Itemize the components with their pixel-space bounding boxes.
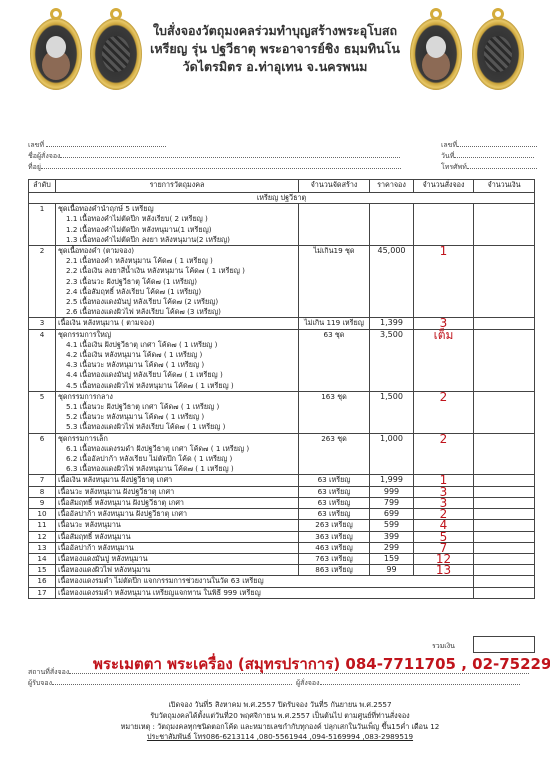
table-row: 4ชุดกรรมการใหญ่4.1 เนื้อเงิน ฝังปฐวีธาตุ… (29, 329, 535, 391)
row-amount[interactable] (474, 576, 535, 587)
row-price: 1,999 (370, 475, 414, 486)
total-label: รวมเงิน (432, 641, 455, 652)
document-title: ใบสั่งจองวัตถุมงคลร่วมทำบุญสร้างพระอุโบส… (140, 22, 410, 76)
phone-field[interactable] (467, 162, 537, 169)
tax-id-label: เลขที่ (441, 141, 457, 149)
sub-item: 2.2 เนื้อเงิน ลงยาสีน้ำเงิน หลังหนุมาน โ… (58, 266, 296, 276)
receiver-label: ผู้รับจอง (28, 679, 52, 687)
row-price: 45,000 (370, 246, 414, 318)
title-line-2: เหรียญ รุ่น ปฐวีธาตุ พระอาจารย์ชิง ธมฺมท… (140, 40, 410, 58)
sub-item: 2.4 เนื้อสัมฤทธิ์ หลังเรียบ โค้ด๗ (1 เหร… (58, 287, 296, 297)
row-item: เนื้อนวะ หลังหนุมาน ฝังปฐวีธาตุ เกศา (56, 486, 299, 497)
date-label: วันที่ (441, 152, 454, 160)
field-row-name: ชื่อผู้สั่งจอง วันที่ (28, 151, 533, 162)
sub-item: 4.5 เนื้อทองแดงผิวไฟ หลังหนุมาน โค้ด๗ ( … (58, 381, 296, 391)
footer-open-dates: เปิดจอง วันที่5 สิงหาคม พ.ศ.2557 ปิดรับจ… (60, 700, 500, 711)
table-row: 13เนื้ออัลปาก้า หลังหนุมาน463 เหรียญ2997 (29, 542, 535, 553)
sub-item: 5.3 เนื้อทองแดงผิวไฟ หลังเรียบ โค้ด๗ ( 1… (58, 422, 296, 432)
row-price: 399 (370, 531, 414, 542)
address-label: ที่อยู่ (28, 163, 41, 171)
sub-item: 4.4 เนื้อทองแดงมันปู หลังเรียบ โค้ด๗ ( 1… (58, 370, 296, 380)
item-title: เนื้อสัมฤทธิ์ หลังหนุมาน ฝังปฐวีธาตุ เกศ… (58, 498, 184, 507)
number-label: เลขที่ (28, 141, 44, 149)
table-row: 6ชุดกรรมการเล็ก6.1 เนื้อทองแดงรมดำ ฝังปฐ… (29, 433, 535, 475)
row-item: เนื้อทองแดงรมดำ หลังหนุมาน เหรียญแจกทาน … (56, 587, 474, 598)
row-qty-made: 263 ชุด (299, 433, 370, 475)
row-price: 799 (370, 497, 414, 508)
number-field[interactable] (46, 140, 166, 147)
row-ordered-qty[interactable]: 2 (414, 391, 474, 433)
row-ordered-qty[interactable]: 2 (414, 433, 474, 475)
sub-item: 6.2 เนื้ออัลปาก้า หลังเรียบ ไม่ตัดปีก โค… (58, 454, 296, 464)
sub-item: 4.3 เนื้อนวะ หลังหนุมาน โค้ด๗ ( 1 เหรียญ… (58, 360, 296, 370)
sub-item: 5.1 เนื้อนวะ ฝังปฐวีธาตุ เกศา โค้ด๗ ( 1 … (58, 402, 296, 412)
medal-front-left-image (30, 18, 82, 90)
row-seq: 11 (29, 520, 56, 531)
row-seq: 12 (29, 531, 56, 542)
row-amount[interactable] (474, 520, 535, 531)
row-amount[interactable] (474, 204, 535, 246)
row-qty-made (299, 204, 370, 246)
row-seq: 2 (29, 246, 56, 318)
name-label: ชื่อผู้สั่งจอง (28, 152, 60, 160)
row-amount[interactable] (474, 318, 535, 329)
name-field[interactable] (60, 151, 400, 158)
item-title: เนื้อทองแดงมันปู หลังหนุมาน (58, 554, 148, 563)
row-item: ชุดกรรมการใหญ่4.1 เนื้อเงิน ฝังปฐวีธาตุ … (56, 329, 299, 391)
table-row: 17เนื้อทองแดงรมดำ หลังหนุมาน เหรียญแจกทา… (29, 587, 535, 598)
sub-item: 5.2 เนื้อนวะ หลังหนุมาน โค้ด๗ ( 1 เหรียญ… (58, 412, 296, 422)
row-qty-made: 363 เหรียญ (299, 531, 370, 542)
sub-item: 4.2 เนื้อเงิน หลังหนุมาน โค้ด๗ ( 1 เหรีย… (58, 350, 296, 360)
row-qty-made: ไม่เกิน 119 เหรียญ (299, 318, 370, 329)
row-amount[interactable] (474, 391, 535, 433)
header-ordered: จำนวนสั่งจอง (414, 180, 474, 193)
sub-item: 1.2 เนื้อทองคำไม่ตัดปีก หลังหนุมาน(1 เหร… (58, 225, 296, 235)
footer-remark: หมายเหตุ : วัตถุมงคลทุกชนิดตอกโค้ด และหม… (60, 722, 500, 733)
title-line-1: ใบสั่งจองวัตถุมงคลร่วมทำบุญสร้างพระอุโบส… (140, 22, 410, 40)
receiver-field[interactable] (52, 678, 292, 685)
row-price: 1,500 (370, 391, 414, 433)
place-field[interactable] (69, 667, 529, 674)
header-item: รายการวัตถุมงคล (56, 180, 299, 193)
row-item: เนื้อสัมฤทธิ์ หลังหนุมาน (56, 531, 299, 542)
tax-id-field[interactable] (457, 140, 537, 147)
row-ordered-qty[interactable]: 1 (414, 246, 474, 318)
row-amount[interactable] (474, 531, 535, 542)
item-title: เนื้อนวะ หลังหนุมาน (58, 520, 121, 529)
row-amount[interactable] (474, 497, 535, 508)
row-seq: 15 (29, 565, 56, 576)
medal-front-right-image (410, 18, 462, 90)
field-row-signature: ผู้รับจอง ผู้สั่งจอง (28, 678, 533, 689)
row-price: 1,399 (370, 318, 414, 329)
title-line-3: วัดไตรมิตร อ.ท่าอุเทน จ.นครพนม (140, 58, 410, 76)
orderer-field[interactable] (320, 678, 520, 685)
sub-item: 1.3 เนื้อทองคำไม่ตัดปีก ลงยา หลังหนุมาน(… (58, 235, 296, 245)
row-amount[interactable] (474, 587, 535, 598)
medal-back-left-image (90, 18, 142, 90)
item-title: ชุดเนื้อทองคำ (ตามจอง) (58, 246, 134, 255)
row-ordered-qty[interactable] (414, 204, 474, 246)
row-item: ชุดกรรมการเล็ก6.1 เนื้อทองแดงรมดำ ฝังปฐว… (56, 433, 299, 475)
header-seq: ลำดับ (29, 180, 56, 193)
row-seq: 13 (29, 542, 56, 553)
item-title: เนื้ออัลปาก้า หลังหนุมาน ฝังปฐวีธาตุ เกศ… (58, 509, 187, 518)
row-qty-made: 763 เหรียญ (299, 553, 370, 564)
row-seq: 7 (29, 475, 56, 486)
row-item: เนื้อนวะ หลังหนุมาน (56, 520, 299, 531)
row-price: 699 (370, 509, 414, 520)
table-row: 3เนื้อเงิน หลังหนุมาน ( ตามจอง)ไม่เกิน 1… (29, 318, 535, 329)
row-amount[interactable] (474, 433, 535, 475)
row-ordered-qty[interactable]: 13 (414, 565, 474, 576)
row-qty-made: 63 เหรียญ (299, 509, 370, 520)
table-row: 1ชุดเนื้อทองคำนำฤกษ์ 5 เหรียญ1.1 เนื้อทอ… (29, 204, 535, 246)
header-price: ราคาจอง (370, 180, 414, 193)
row-seq: 14 (29, 553, 56, 564)
row-price: 599 (370, 520, 414, 531)
row-price: 99 (370, 565, 414, 576)
row-item: ชุดเนื้อทองคำ (ตามจอง)2.1 เนื้อทองคำ หลั… (56, 246, 299, 318)
table-row: 16เนื้อทองแดงรมดำ ไม่ตัดปีก แจกกรรมการช่… (29, 576, 535, 587)
row-qty-made: 63 ชุด (299, 329, 370, 391)
row-item: เนื้ออัลปาก้า หลังหนุมาน ฝังปฐวีธาตุ เกศ… (56, 509, 299, 520)
table-row: 5ชุดกรรมการกลาง5.1 เนื้อนวะ ฝังปฐวีธาตุ … (29, 391, 535, 433)
header-qty-made: จำนวนจัดสร้าง (299, 180, 370, 193)
section-title: เหรียญ ปฐวีธาตุ (29, 193, 535, 204)
orderer-label: ผู้สั่งจอง (296, 679, 320, 687)
order-table: ลำดับ รายการวัตถุมงคล จำนวนจัดสร้าง ราคา… (28, 179, 535, 599)
row-item: ชุดกรรมการกลาง5.1 เนื้อนวะ ฝังปฐวีธาตุ เ… (56, 391, 299, 433)
row-qty-made: 463 เหรียญ (299, 542, 370, 553)
row-qty-made: 263 เหรียญ (299, 520, 370, 531)
date-field[interactable] (454, 151, 534, 158)
row-item: เนื้ออัลปาก้า หลังหนุมาน (56, 542, 299, 553)
row-seq: 3 (29, 318, 56, 329)
sub-item: 2.3 เนื้อนวะ ฝังปฐวีธาตุ โค้ด๗ (1 เหรียญ… (58, 277, 296, 287)
item-title: เนื้อนวะ หลังหนุมาน ฝังปฐวีธาตุ เกศา (58, 487, 174, 496)
row-qty-made: 63 เหรียญ (299, 486, 370, 497)
row-qty-made: ไม่เกิน19 ชุด (299, 246, 370, 318)
row-item: เนื้อเงิน หลังหนุมาน ( ตามจอง) (56, 318, 299, 329)
row-qty-made: 63 เหรียญ (299, 475, 370, 486)
sub-item: 6.1 เนื้อทองแดงรมดำ ฝังปฐวีธาตุ เกศา โค้… (58, 444, 296, 454)
row-seq: 5 (29, 391, 56, 433)
field-row-place: สถานที่สั่งจอง (28, 667, 533, 678)
footer-notes: เปิดจอง วันที่5 สิงหาคม พ.ศ.2557 ปิดรับจ… (60, 700, 500, 743)
table-header-row: ลำดับ รายการวัตถุมงคล จำนวนจัดสร้าง ราคา… (29, 180, 535, 193)
row-seq: 16 (29, 576, 56, 587)
table-row: 9เนื้อสัมฤทธิ์ หลังหนุมาน ฝังปฐวีธาตุ เก… (29, 497, 535, 508)
sub-item: 1.1 เนื้อทองคำไม่ตัดปีก หลังเรียบ( 2 เหร… (58, 214, 296, 224)
row-amount[interactable] (474, 475, 535, 486)
row-seq: 8 (29, 486, 56, 497)
row-item: เนื้อทองแดงผิวไฟ หลังหนุมาน (56, 565, 299, 576)
row-price: 1,000 (370, 433, 414, 475)
field-row-number: เลขที่ เลขที่ (28, 140, 533, 151)
row-price: 999 (370, 486, 414, 497)
table-row: 8เนื้อนวะ หลังหนุมาน ฝังปฐวีธาตุ เกศา63 … (29, 486, 535, 497)
sub-item: 4.1 เนื้อเงิน ฝังปฐวีธาตุ เกศา โค้ด๗ ( 1… (58, 340, 296, 350)
row-price: 3,500 (370, 329, 414, 391)
row-price: 299 (370, 542, 414, 553)
row-ordered-qty[interactable]: เต็ม (414, 329, 474, 391)
row-item: เนื้อทองแดงมันปู หลังหนุมาน (56, 553, 299, 564)
row-qty-made: 163 ชุด (299, 391, 370, 433)
table-row: 15เนื้อทองแดงผิวไฟ หลังหนุมาน863 เหรียญ9… (29, 565, 535, 576)
item-title: ชุดเนื้อทองคำนำฤกษ์ 5 เหรียญ (58, 204, 154, 213)
item-title: เนื้อทองแดงผิวไฟ หลังหนุมาน (58, 565, 150, 574)
row-seq: 9 (29, 497, 56, 508)
table-row: 11เนื้อนวะ หลังหนุมาน263 เหรียญ5994 (29, 520, 535, 531)
item-title: เนื้อเงิน หลังหนุมาน ฝังปฐวีธาตุ เกศา (58, 475, 172, 484)
phone-label: โทรศัพท์ (441, 163, 467, 171)
sub-item: 2.1 เนื้อทองคำ หลังหนุมาน โค้ด๗ ( 1 เหรี… (58, 256, 296, 266)
row-seq: 17 (29, 587, 56, 598)
address-field[interactable] (41, 162, 401, 169)
row-item: เนื้อสัมฤทธิ์ หลังหนุมาน ฝังปฐวีธาตุ เกศ… (56, 497, 299, 508)
header-amount: จำนวนเงิน (474, 180, 535, 193)
sub-item: 2.6 เนื้อทองแดงผิวไฟ หลังเรียบ โค้ด๗ (3 … (58, 307, 296, 317)
place-label: สถานที่สั่งจอง (28, 668, 69, 676)
row-amount[interactable] (474, 565, 535, 576)
item-title: เนื้ออัลปาก้า หลังหนุมาน (58, 543, 134, 552)
row-seq: 6 (29, 433, 56, 475)
footer-pickup-date: รับวัตถุมงคลได้ตั้งแต่วันที่20 พฤศจิกายน… (60, 711, 500, 722)
table-row: 2ชุดเนื้อทองคำ (ตามจอง)2.1 เนื้อทองคำ หล… (29, 246, 535, 318)
row-amount[interactable] (474, 509, 535, 520)
table-row: 12เนื้อสัมฤทธิ์ หลังหนุมาน363 เหรียญ3995 (29, 531, 535, 542)
item-title: ชุดกรรมการกลาง (58, 392, 113, 401)
table-row: 7เนื้อเงิน หลังหนุมาน ฝังปฐวีธาตุ เกศา63… (29, 475, 535, 486)
row-amount[interactable] (474, 329, 535, 391)
row-price (370, 204, 414, 246)
row-qty-made: 63 เหรียญ (299, 497, 370, 508)
row-seq: 1 (29, 204, 56, 246)
row-seq: 4 (29, 329, 56, 391)
footer-contact-phones: ประชาสัมพันธ์ โทร086-6213114 ,080-556194… (60, 732, 500, 743)
row-item: ชุดเนื้อทองคำนำฤกษ์ 5 เหรียญ1.1 เนื้อทอง… (56, 204, 299, 246)
sub-item: 2.5 เนื้อทองแดงมันปู หลังเรียบ โค้ด๗ (2 … (58, 297, 296, 307)
item-title: ชุดกรรมการใหญ่ (58, 330, 111, 339)
row-amount[interactable] (474, 486, 535, 497)
row-price: 159 (370, 553, 414, 564)
row-amount[interactable] (474, 246, 535, 318)
total-amount-field[interactable] (473, 636, 535, 653)
section-row: เหรียญ ปฐวีธาตุ (29, 193, 535, 204)
table-row: 14เนื้อทองแดงมันปู หลังหนุมาน763 เหรียญ1… (29, 553, 535, 564)
item-title: เนื้อสัมฤทธิ์ หลังหนุมาน (58, 532, 131, 541)
medal-back-right-image (472, 18, 524, 90)
item-title: ชุดกรรมการเล็ก (58, 434, 108, 443)
row-amount[interactable] (474, 553, 535, 564)
field-row-address: ที่อยู่ โทรศัพท์ (28, 162, 533, 173)
row-seq: 10 (29, 509, 56, 520)
row-amount[interactable] (474, 542, 535, 553)
item-title: เนื้อเงิน หลังหนุมาน ( ตามจอง) (58, 318, 155, 327)
row-item: เนื้อทองแดงรมดำ ไม่ตัดปีก แจกกรรมการช่วย… (56, 576, 474, 587)
sub-item: 6.3 เนื้อทองแดงผิวไฟ หลังหนุมาน โค้ด๗ ( … (58, 464, 296, 474)
table-row: 10เนื้ออัลปาก้า หลังหนุมาน ฝังปฐวีธาตุ เ… (29, 509, 535, 520)
row-qty-made: 863 เหรียญ (299, 565, 370, 576)
row-item: เนื้อเงิน หลังหนุมาน ฝังปฐวีธาตุ เกศา (56, 475, 299, 486)
